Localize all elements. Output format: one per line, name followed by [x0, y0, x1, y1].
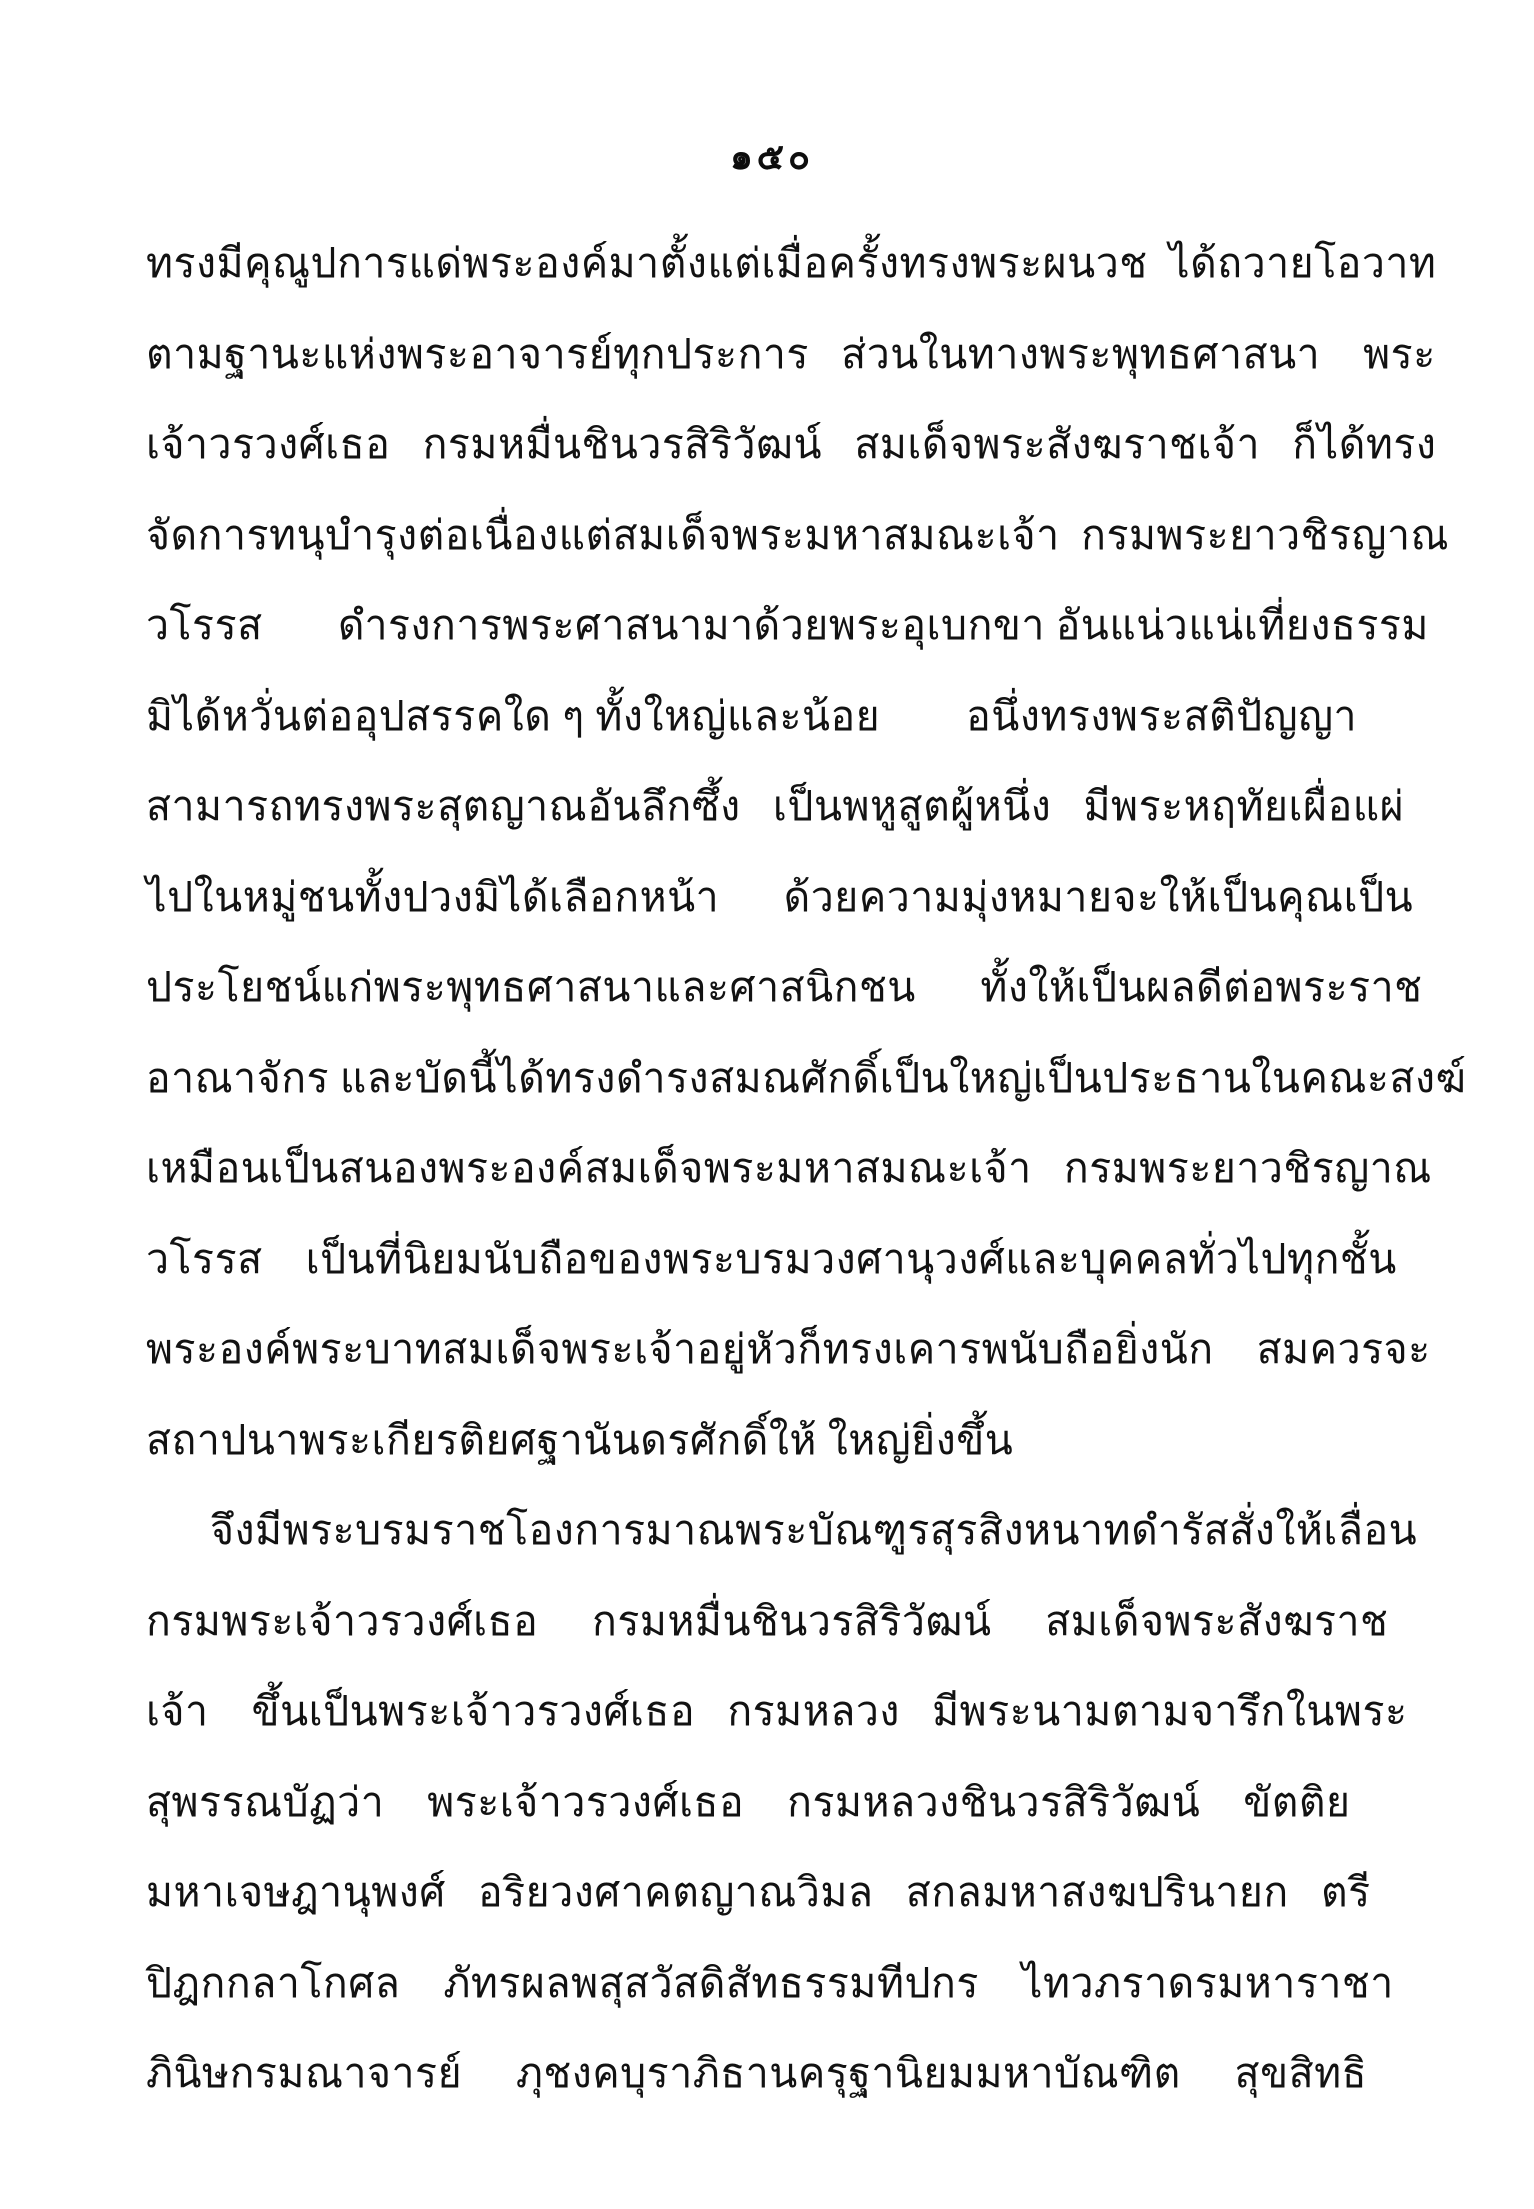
text-line: ประโยชน์แก่พระพุทธศาสนาและศาสนิกชน ทั้งใ… [146, 942, 1406, 1033]
text-line: ตามฐานะแห่งพระอาจารย์ทุกประการ ส่วนในทาง… [146, 309, 1406, 400]
text-line: เจ้า ขึ้นเป็นพระเจ้าวรวงศ์เธอ กรมหลวง มี… [146, 1666, 1406, 1757]
text-line: มหาเจษฎานุพงศ์ อริยวงศาคตญาณวิมล สกลมหาส… [146, 1847, 1406, 1938]
text-line: พระองค์พระบาทสมเด็จพระเจ้าอยู่หัวก็ทรงเค… [146, 1304, 1406, 1395]
text-line: สุพรรณบัฏว่า พระเจ้าวรวงศ์เธอ กรมหลวงชิน… [146, 1757, 1406, 1848]
text-line: วโรรส ดำรงการพระศาสนามาด้วยพระอุเบกขา อั… [146, 580, 1406, 671]
text-line: เหมือนเป็นสนองพระองค์สมเด็จพระมหาสมณะเจ้… [146, 1123, 1406, 1214]
text-line: ปิฎกกลาโกศล ภัทรผลพสุสวัสดิสัทธรรมทีปกร … [146, 1938, 1406, 2029]
text-line: ไปในหมู่ชนทั้งปวงมิได้เลือกหน้า ด้วยความ… [146, 852, 1406, 943]
text-line: จัดการทนุบำรุงต่อเนื่องแต่สมเด็จพระมหาสม… [146, 490, 1406, 581]
text-line: สามารถทรงพระสุตญาณอันลึกซึ้ง เป็นพหูสูตผ… [146, 761, 1406, 852]
document-page: ๑๕๐ ทรงมีคุณูปการแด่พระองค์มาตั้งแต่เมื่… [0, 0, 1534, 2209]
text-line: อาณาจักร และบัดนี้ได้ทรงดำรงสมณศักดิ์เป็… [146, 1033, 1406, 1124]
text-line: กรมพระเจ้าวรวงศ์เธอ กรมหมื่นชินวรสิริวัฒ… [146, 1576, 1406, 1667]
text-line: เจ้าวรวงศ์เธอ กรมหมื่นชินวรสิริวัฒน์ สมเ… [146, 399, 1406, 490]
text-line: ทรงมีคุณูปการแด่พระองค์มาตั้งแต่เมื่อครั… [146, 218, 1406, 309]
body-text: ทรงมีคุณูปการแด่พระองค์มาตั้งแต่เมื่อครั… [146, 218, 1406, 2119]
text-line: มิได้หวั่นต่ออุปสรรคใด ๆ ทั้งใหญ่และน้อย… [146, 671, 1406, 762]
text-line-paragraph-start: จึงมีพระบรมราชโองการมาณพระบัณฑูรสุรสิงหน… [146, 1485, 1406, 1576]
text-line: วโรรส เป็นที่นิยมนับถือของพระบรมวงศานุวง… [146, 1214, 1406, 1305]
page-number: ๑๕๐ [146, 128, 1398, 185]
text-line: สถาปนาพระเกียรติยศฐานันดรศักดิ์ให้ ใหญ่ย… [146, 1395, 1406, 1486]
text-line: ภินิษกรมณาจารย์ ภุชงคบุราภิธานครุฐานิยมม… [146, 2028, 1406, 2119]
